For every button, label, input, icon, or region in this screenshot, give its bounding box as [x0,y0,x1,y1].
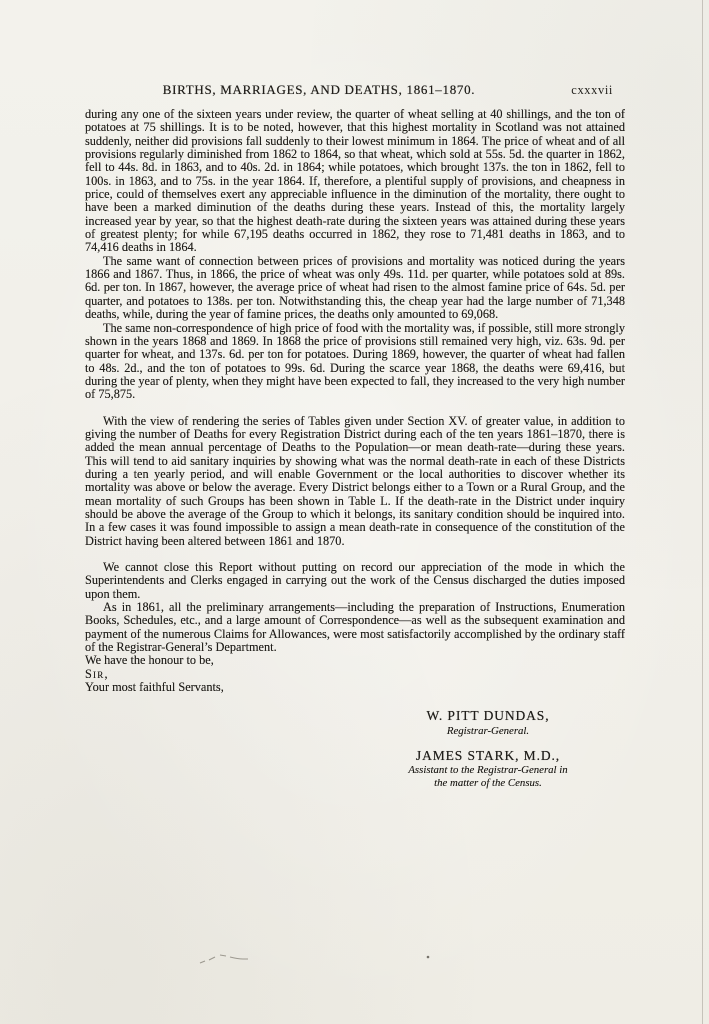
signatory-title: Assistant to the Registrar-General in th… [401,764,575,788]
body-text: during any one of the sixteen years unde… [85,108,625,789]
scan-edge-line [702,0,703,1024]
honour-line: We have the honour to be, [85,654,625,667]
paragraph-5: We cannot close this Report without putt… [85,561,625,601]
signatory-title: Registrar-General. [398,725,578,737]
paragraph-3: The same non-correspondence of high pric… [85,322,625,402]
signature-dundas: W. PITT DUNDAS, Registrar-General. [398,709,578,737]
page-header: BIRTHS, MARRIAGES, AND DEATHS, 1861–1870… [85,82,625,99]
paragraph-1: during any one of the sixteen years unde… [85,108,625,255]
paragraph-6: As in 1861, all the preliminary arrangem… [85,601,625,654]
signature-stark: JAMES STARK, M.D., Assistant to the Regi… [398,749,578,789]
salutation: Sir, [85,668,625,681]
page-number: cxxxvii [571,83,613,98]
servants-line: Your most faithful Servants, [85,681,625,694]
paragraph-2: The same want of connection between pric… [85,255,625,322]
running-title: BIRTHS, MARRIAGES, AND DEATHS, 1861–1870… [85,82,553,98]
signatory-name: JAMES STARK, M.D., [398,749,578,762]
document-page: BIRTHS, MARRIAGES, AND DEATHS, 1861–1870… [0,0,709,1024]
signatory-name: W. PITT DUNDAS, [398,709,578,722]
text-block: BIRTHS, MARRIAGES, AND DEATHS, 1861–1870… [85,82,625,789]
valediction: We have the honour to be, Sir, Your most… [85,654,625,694]
paragraph-4: With the view of rendering the series of… [85,415,625,548]
signature-block: W. PITT DUNDAS, Registrar-General. JAMES… [398,709,578,788]
pencil-squiggle [198,949,448,967]
